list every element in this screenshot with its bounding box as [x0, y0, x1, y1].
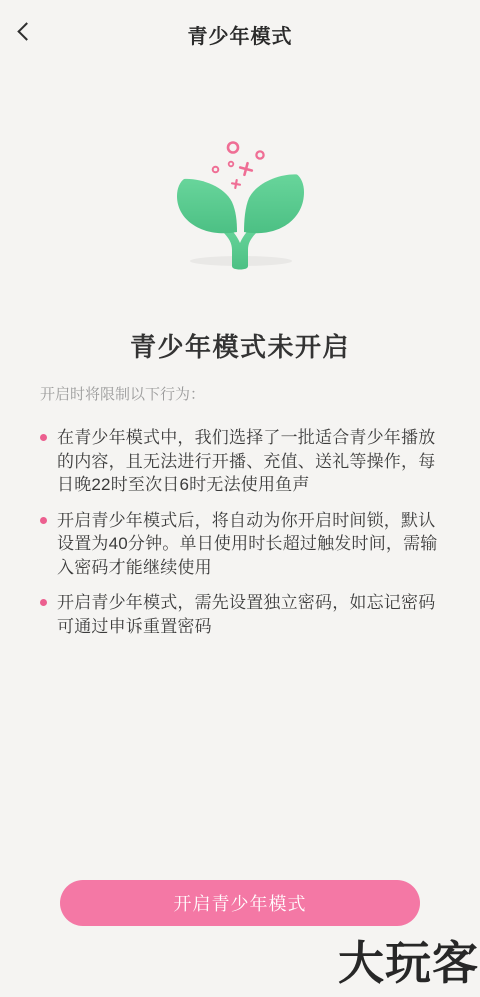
- rule-text: 在青少年模式中，我们选择了一批适合青少年播放的内容，且无法进行开播、充值、送礼等…: [57, 428, 435, 494]
- right-leaf: [244, 174, 304, 233]
- restrictions-intro: 开启时将限制以下行为：: [40, 384, 442, 405]
- sparkle-ring-right: [256, 151, 263, 158]
- sparkle-ring-small: [229, 162, 234, 167]
- rule-text: 开启青少年模式后，将自动为你开启时间锁，默认设置为40分钟。单日使用时长超过触发…: [57, 511, 438, 577]
- teen-mode-screen: 青少年模式: [0, 0, 480, 997]
- enable-teen-mode-button[interactable]: 开启青少年模式: [60, 880, 420, 926]
- sparkle-plus-large: [239, 162, 254, 177]
- bullet-dot-icon: [40, 517, 47, 524]
- sparkle-ring-left: [213, 167, 219, 173]
- navigation-bar: 青少年模式: [0, 0, 480, 62]
- rule-text: 开启青少年模式，需先设置独立密码，如忘记密码可通过申诉重置密码: [57, 593, 435, 636]
- sparkle-plus-small: [231, 179, 240, 188]
- restriction-rules-list: 在青少年模式中，我们选择了一批适合青少年播放的内容，且无法进行开播、充值、送礼等…: [40, 426, 443, 650]
- page-title: 青少年模式: [0, 20, 480, 49]
- rule-item-time-lock: 开启青少年模式后，将自动为你开启时间锁，默认设置为40分钟。单日使用时长超过触发…: [40, 509, 443, 580]
- rule-item-content-limit: 在青少年模式中，我们选择了一批适合青少年播放的内容，且无法进行开播、充值、送礼等…: [40, 426, 443, 497]
- watermark-logo: 大玩客: [338, 927, 479, 993]
- status-heading: 青少年模式未开启: [0, 327, 480, 364]
- bullet-dot-icon: [40, 599, 47, 606]
- rule-item-password: 开启青少年模式，需先设置独立密码，如忘记密码可通过申诉重置密码: [40, 591, 443, 638]
- bullet-dot-icon: [40, 434, 47, 441]
- sprout-illustration: [140, 130, 340, 270]
- left-leaf: [177, 179, 237, 233]
- sparkles: [213, 143, 264, 189]
- sparkle-ring-large: [228, 143, 238, 153]
